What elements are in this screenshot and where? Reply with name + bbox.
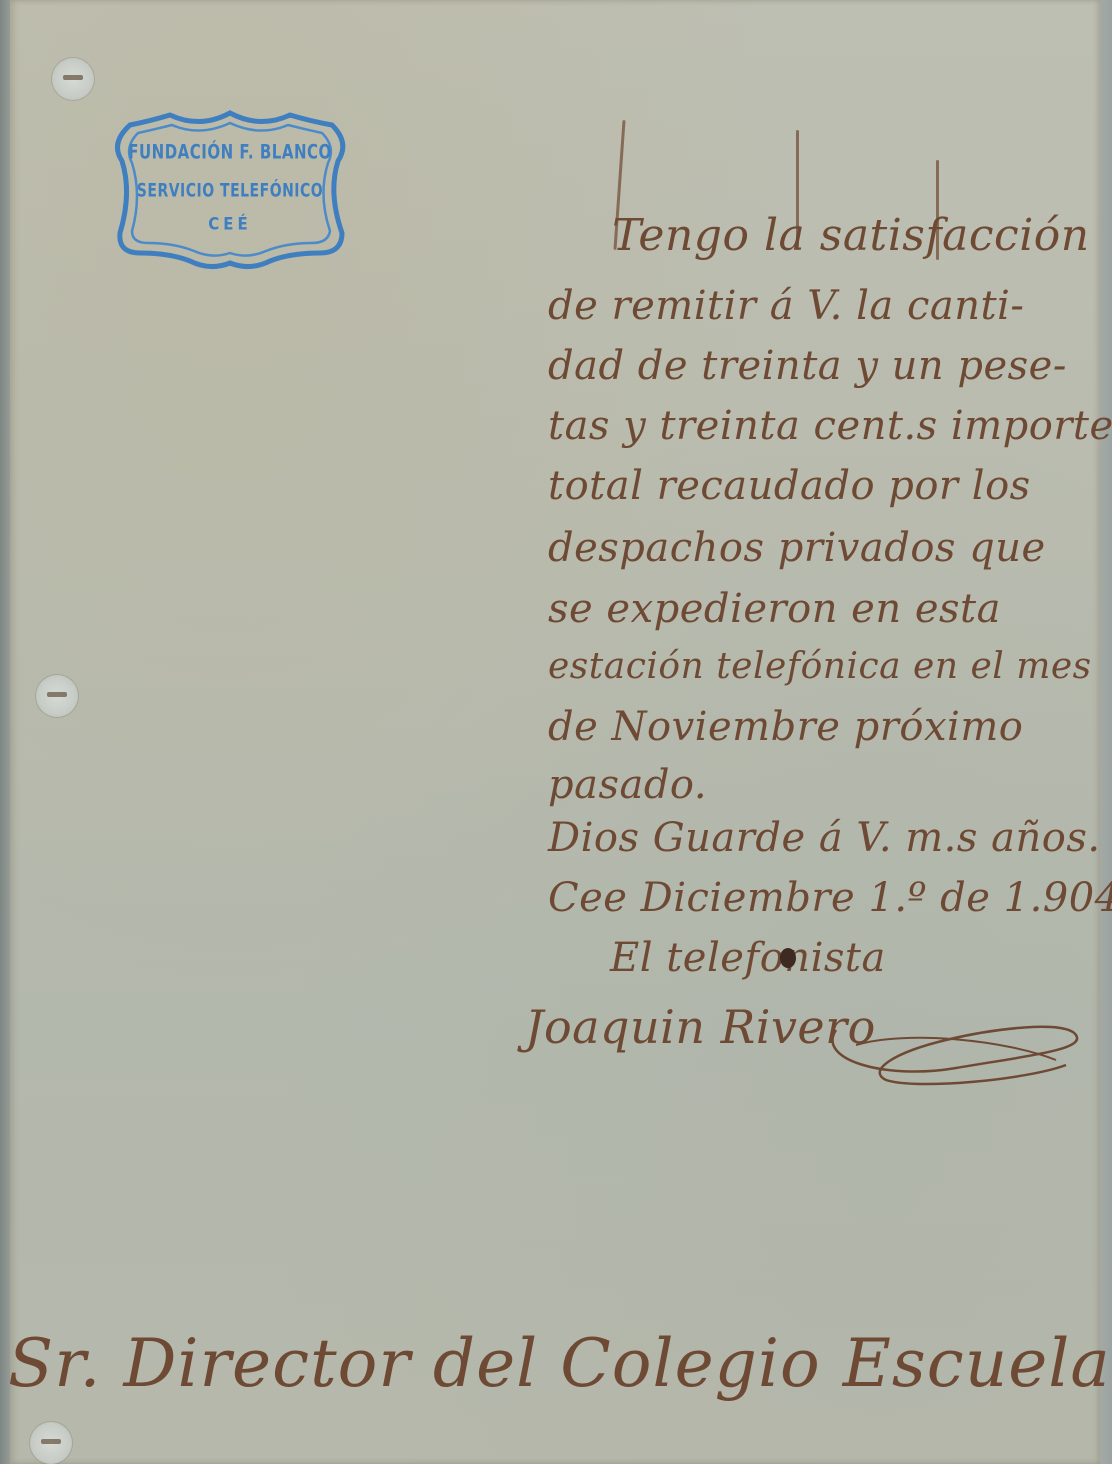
letter-closing: Dios Guarde á V. m.s años. [548,815,1101,861]
punch-hole-bottom-icon [30,1422,72,1464]
letter-line-3: dad de treinta y un pese- [548,343,1067,389]
letter-date: Cee Diciembre 1.º de 1.904 [548,875,1112,921]
letter-line-4: tas y treinta cent.s importe [548,403,1112,449]
signature-flourish-icon [826,1010,1088,1090]
stamp-line-foundation: FUNDACIÓN F. BLANCO [110,140,350,163]
letter-line-2: de remitir á V. la canti- [548,283,1024,329]
letter-line-1: Tengo la satisfacción [612,210,1090,261]
punch-hole-top-icon [52,58,94,100]
letter-line-9: de Noviembre próximo [548,704,1023,750]
institution-stamp: FUNDACIÓN F. BLANCO SERVICIO TELEFÓNICO … [110,103,350,275]
recipient-address: Sr. Director del Colegio Escuela "F. Bla… [8,1325,1112,1402]
letter-line-7: se expedieron en esta [548,586,1001,632]
paper-right-edge [1100,0,1112,1464]
letter-line-8: estación telefónica en el mes [548,646,1092,687]
letter-line-5: total recaudado por los [548,463,1031,509]
punch-hole-middle-icon [36,675,78,717]
letter-signature: Joaquin Rivero [525,1000,876,1054]
letter-signer-role: El telefonista [610,935,886,981]
ink-blot [780,948,796,968]
letter-line-10: pasado. [548,762,707,808]
stamp-line-service: SERVICIO TELEFÓNICO [110,180,350,202]
letter-line-6: despachos privados que [548,525,1046,571]
stamp-line-town: CEÉ [110,214,350,234]
